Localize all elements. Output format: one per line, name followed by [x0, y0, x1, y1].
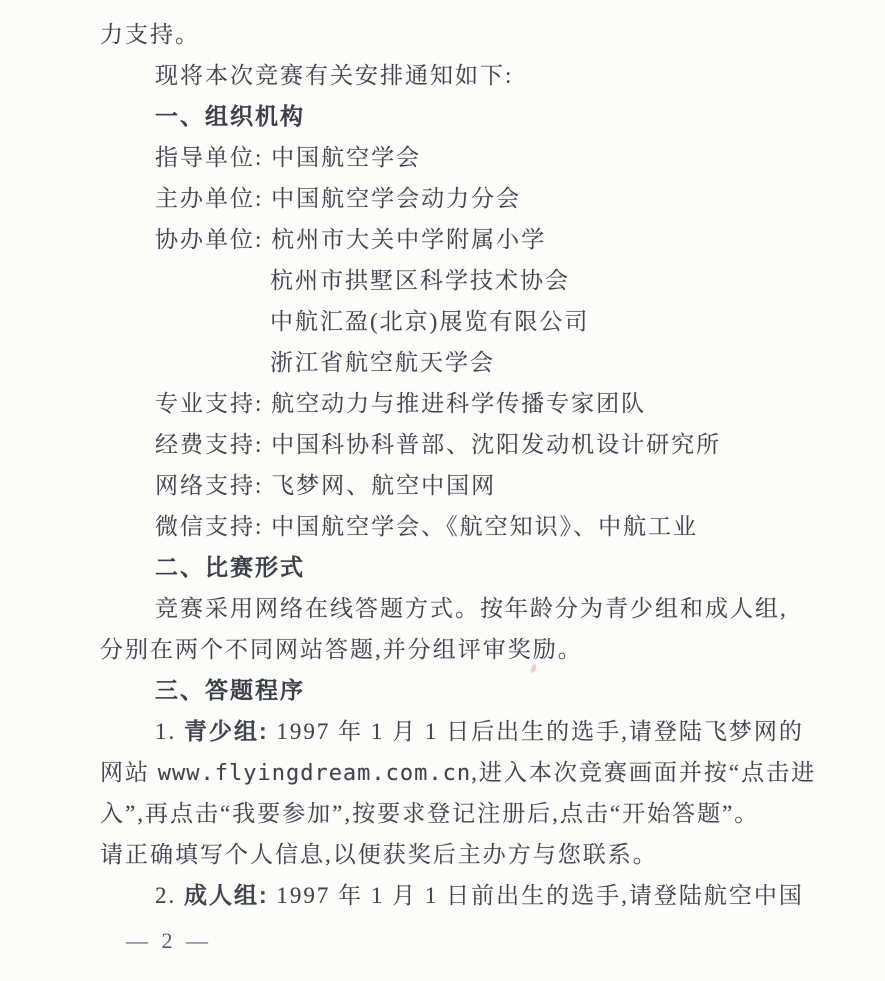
doc-line: 协办单位: 杭州市大关中学附属小学 — [100, 219, 795, 260]
doc-line: 入”,再点击“我要参加”,按要求登记注册后,点击“开始答题”。 — [100, 793, 795, 834]
doc-line: 现将本次竞赛有关安排通知如下: — [100, 55, 795, 96]
doc-line: 请正确填写个人信息,以便获奖后主办方与您联系。 — [100, 834, 795, 875]
line-text: 竞赛采用网络在线答题方式。按年龄分为青少组和成人组, — [155, 596, 788, 621]
line-text: 网站 — [100, 760, 158, 785]
line-text: 网络支持: 飞梦网、航空中国网 — [155, 473, 496, 498]
doc-line: 浙江省航空航天学会 — [100, 342, 795, 383]
doc-line: 杭州市拱墅区科学技术协会 — [100, 260, 795, 301]
section-heading-2: 二、比赛形式 — [100, 547, 795, 588]
line-text: 专业支持: 航空动力与推进科学传播专家团队 — [155, 391, 646, 416]
doc-line: 指导单位: 中国航空学会 — [100, 137, 795, 178]
doc-line: 1. 青少组: 1997 年 1 月 1 日后出生的选手,请登陆飞梦网的 — [100, 711, 795, 752]
line-text: 主办单位: 中国航空学会动力分会 — [155, 186, 521, 211]
line-text: 微信支持: 中国航空学会、《航空知识》、中航工业 — [155, 514, 698, 539]
bold-term-adult-group: 成人组: — [184, 882, 269, 908]
document-body: 力支持。 现将本次竞赛有关安排通知如下: 一、组织机构 指导单位: 中国航空学会… — [100, 14, 795, 916]
doc-line: 网络支持: 飞梦网、航空中国网 — [100, 465, 795, 506]
line-text: 入”,再点击“我要参加”,按要求登记注册后,点击“开始答题”。 — [100, 801, 759, 826]
line-text: 请正确填写个人信息,以便获奖后主办方与您联系。 — [100, 842, 658, 867]
doc-line: 中航汇盈(北京)展览有限公司 — [100, 301, 795, 342]
line-text: ,进入本次竞赛画面并按“点击进 — [471, 760, 816, 785]
heading-text: 三、答题程序 — [155, 677, 305, 703]
doc-line: 主办单位: 中国航空学会动力分会 — [100, 178, 795, 219]
line-text: 中航汇盈(北京)展览有限公司 — [270, 309, 589, 334]
scanned-document-page: 力支持。 现将本次竞赛有关安排通知如下: 一、组织机构 指导单位: 中国航空学会… — [0, 0, 885, 981]
doc-line: 力支持。 — [100, 14, 795, 55]
section-heading-3: 三、答题程序 — [100, 670, 795, 711]
line-text: 杭州市拱墅区科学技术协会 — [270, 268, 570, 293]
line-text: 1997 年 1 月 1 日后出生的选手,请登陆飞梦网的 — [269, 719, 804, 744]
doc-line: 竞赛采用网络在线答题方式。按年龄分为青少组和成人组, — [100, 588, 795, 629]
line-text: 分别在两个不同网站答题,并分组评审奖励。 — [100, 637, 583, 662]
line-text: 经费支持: 中国科协科普部、沈阳发动机设计研究所 — [155, 432, 721, 457]
doc-line: 经费支持: 中国科协科普部、沈阳发动机设计研究所 — [100, 424, 795, 465]
doc-line: 网站 www.flyingdream.com.cn,进入本次竞赛画面并按“点击进 — [100, 752, 795, 793]
list-number: 2. — [155, 883, 184, 908]
url-text: www.flyingdream.com.cn — [158, 761, 471, 786]
doc-line: 微信支持: 中国航空学会、《航空知识》、中航工业 — [100, 506, 795, 547]
doc-line: 专业支持: 航空动力与推进科学传播专家团队 — [100, 383, 795, 424]
line-text: 1997 年 1 月 1 日前出生的选手,请登陆航空中国 — [269, 883, 804, 908]
line-text: 现将本次竞赛有关安排通知如下: — [155, 63, 513, 88]
heading-text: 二、比赛形式 — [155, 554, 305, 580]
line-text: 指导单位: 中国航空学会 — [155, 145, 421, 170]
page-number: — 2 — — [100, 928, 795, 954]
section-heading-1: 一、组织机构 — [100, 96, 795, 137]
heading-text: 一、组织机构 — [155, 103, 305, 129]
line-text: 协办单位: 杭州市大关中学附属小学 — [155, 227, 546, 252]
list-number: 1. — [155, 719, 184, 744]
doc-line: 2. 成人组: 1997 年 1 月 1 日前出生的选手,请登陆航空中国 — [100, 875, 795, 916]
doc-line: 分别在两个不同网站答题,并分组评审奖励。 — [100, 629, 795, 670]
bold-term-youth-group: 青少组: — [184, 718, 269, 744]
line-text: 力支持。 — [100, 22, 200, 47]
line-text: 浙江省航空航天学会 — [270, 350, 495, 375]
